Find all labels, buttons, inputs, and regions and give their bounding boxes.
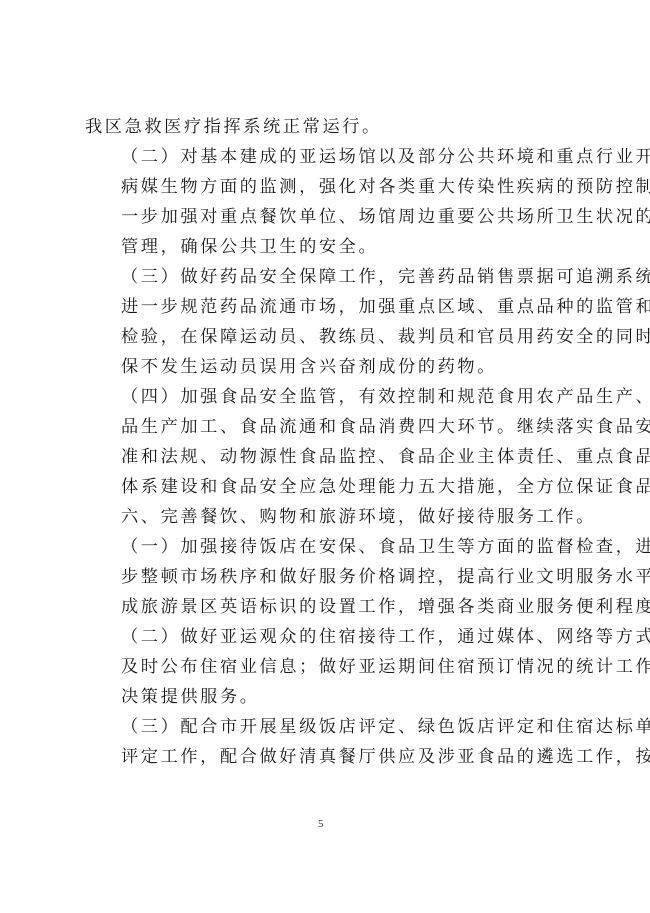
paragraph-hotel-inspection: （一）加强接待饭店在安保、食品卫生等方面的监督检查，进一 步整顿市场秩序和做好服… (85, 532, 570, 622)
paragraph-emergency-system: 我区急救医疗指挥系统正常运行。 (85, 112, 570, 142)
text-line: 及时公布住宿业信息；做好亚运期间住宿预订情况的统计工作，为 (85, 652, 570, 682)
section-heading-six: 六、完善餐饮、购物和旅游环境，做好接待服务工作。 (85, 502, 570, 532)
paragraph-hotel-rating: （三）配合市开展星级饭店评定、绿色饭店评定和住宿达标单位 评定工作，配合做好清真… (85, 712, 570, 772)
paragraph-food-safety: （四）加强食品安全监管，有效控制和规范食用农产品生产、食 品生产加工、食品流通和… (85, 382, 570, 502)
text-line: 成旅游景区英语标识的设置工作，增强各类商业服务便利程度。 (85, 592, 570, 622)
text-line: 步整顿市场秩序和做好服务价格调控，提高行业文明服务水平，完 (85, 562, 570, 592)
text-line: 进一步规范药品流通市场，加强重点区域、重点品种的监管和抽样 (85, 292, 570, 322)
text-line: 评定工作，配合做好清真餐厅供应及涉亚食品的遴选工作，按照《亚 (85, 742, 570, 772)
paragraph-accommodation: （二）做好亚运观众的住宿接待工作，通过媒体、网络等方式， 及时公布住宿业信息；做… (85, 622, 570, 712)
text-line: 准和法规、动物源性食品监控、食品企业主体责任、重点食品追溯 (85, 442, 570, 472)
document-body: 我区急救医疗指挥系统正常运行。 （二）对基本建成的亚运场馆以及部分公共环境和重点… (85, 112, 570, 772)
paragraph-drug-safety: （三）做好药品安全保障工作，完善药品销售票据可追溯系统， 进一步规范药品流通市场… (85, 262, 570, 382)
text-line: （四）加强食品安全监管，有效控制和规范食用农产品生产、食 (85, 382, 570, 412)
text-line: 病媒生物方面的监测，强化对各类重大传染性疾病的预防控制。进 (85, 172, 570, 202)
text-line: 一步加强对重点餐饮单位、场馆周边重要公共场所卫生状况的监督 (85, 202, 570, 232)
text-line: 检验，在保障运动员、教练员、裁判员和官员用药安全的同时，确 (85, 322, 570, 352)
text-line: 管理，确保公共卫生的安全。 (85, 232, 570, 262)
paragraph-vector-monitoring: （二）对基本建成的亚运场馆以及部分公共环境和重点行业开展 病媒生物方面的监测，强… (85, 142, 570, 262)
text-line: （三）配合市开展星级饭店评定、绿色饭店评定和住宿达标单位 (85, 712, 570, 742)
page-number: 5 (318, 818, 324, 830)
text-line: （一）加强接待饭店在安保、食品卫生等方面的监督检查，进一 (85, 532, 570, 562)
text-line: 我区急救医疗指挥系统正常运行。 (85, 112, 570, 142)
text-line: （二）对基本建成的亚运场馆以及部分公共环境和重点行业开展 (85, 142, 570, 172)
text-line: 决策提供服务。 (85, 682, 570, 712)
text-line: 体系建设和食品安全应急处理能力五大措施，全方位保证食品安全。 (85, 472, 570, 502)
text-line: （二）做好亚运观众的住宿接待工作，通过媒体、网络等方式， (85, 622, 570, 652)
text-line: （三）做好药品安全保障工作，完善药品销售票据可追溯系统， (85, 262, 570, 292)
text-line: 品生产加工、食品流通和食品消费四大环节。继续落实食品安全标 (85, 412, 570, 442)
text-line: 六、完善餐饮、购物和旅游环境，做好接待服务工作。 (85, 502, 570, 532)
text-line: 保不发生运动员误用含兴奋剂成份的药物。 (85, 352, 570, 382)
